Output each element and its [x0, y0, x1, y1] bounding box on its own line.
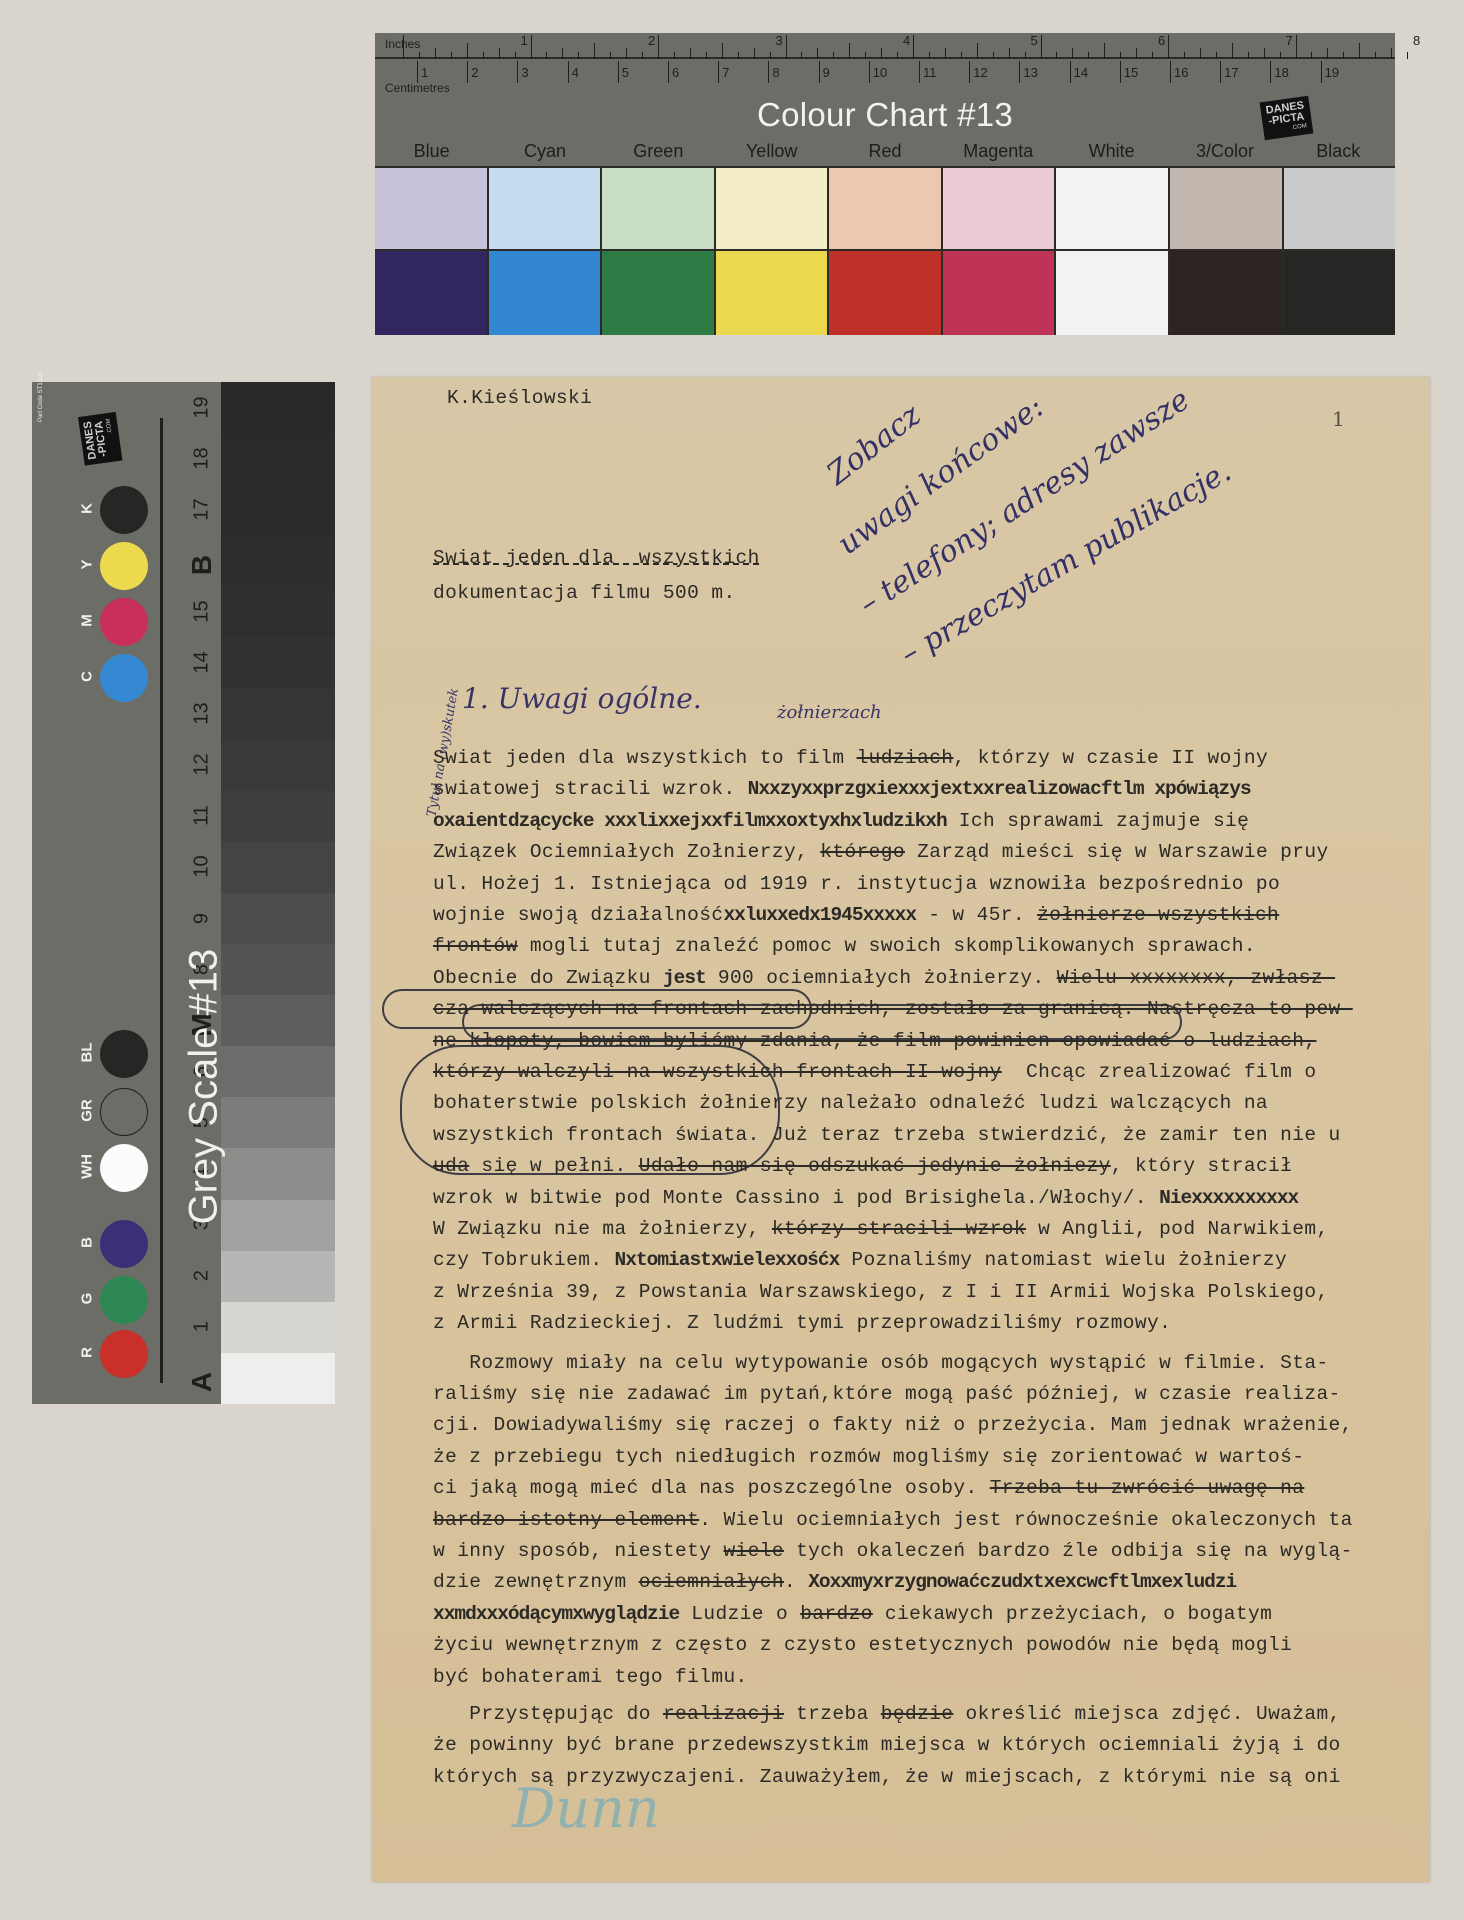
- inch-tick: [467, 43, 468, 59]
- inch-tick: [1041, 35, 1042, 59]
- struck-text: którzy walczyli na wszystkich frontach I…: [433, 1061, 1002, 1083]
- typed-text: Ludzie o: [679, 1603, 800, 1625]
- document-line: wojnie swoją działalnośćxxluxxedx1945xxx…: [433, 904, 1279, 926]
- inch-tick: [610, 52, 611, 59]
- inch-tick: [961, 52, 962, 59]
- grey-step: [221, 995, 335, 1046]
- swatch-light: [489, 168, 601, 251]
- inch-tick: [403, 35, 404, 59]
- inch-tick: [1264, 48, 1265, 59]
- inch-tick: [1088, 52, 1089, 59]
- grey-step: [221, 740, 335, 791]
- document-line: xxmdxxxódącymxwyglądzie Ludzie o bardzo …: [433, 1603, 1272, 1625]
- grey-step: [221, 586, 335, 637]
- inch-tick: [833, 52, 834, 59]
- cm-mark: 8: [772, 65, 779, 80]
- swatch-light: [1170, 168, 1282, 251]
- author: K.Kieślowski: [447, 387, 592, 409]
- dot-r: [100, 1330, 148, 1378]
- document-line: czy Tobrukiem. Nxtomiastxwielexxośćx Poz…: [433, 1249, 1287, 1271]
- document-subtitle: dokumentacja filmu 500 m.: [433, 582, 736, 604]
- cm-tick: [618, 61, 619, 83]
- grey-step: [221, 1200, 335, 1251]
- struck-text: będzie: [881, 1703, 954, 1725]
- centimetres-label: Centimetres: [385, 81, 450, 95]
- typed-text: w inny sposób, niestety: [433, 1540, 723, 1562]
- typed-text: Chcąc zrealizować film o: [1002, 1061, 1317, 1083]
- inch-tick: [674, 52, 675, 59]
- typed-text: Swiat jeden dla wszystkich to film: [433, 747, 857, 769]
- typed-text: .: [784, 1571, 808, 1593]
- swatch-labels: BlueCyanGreenYellowRedMagentaWhite3/Colo…: [375, 136, 1395, 166]
- swatch-3-color: [1170, 168, 1284, 335]
- document-line: Obecnie do Związku jest 900 ociemniałych…: [433, 967, 1335, 989]
- document-line: dzie zewnętrznym ociemniałych. Xoxxmyxrz…: [433, 1571, 1236, 1593]
- inch-tick: [1104, 43, 1105, 59]
- dot-y: [100, 542, 148, 590]
- cm-mark: 4: [572, 65, 579, 80]
- inch-mark: 6: [1158, 33, 1165, 48]
- inch-tick: [546, 52, 547, 59]
- struck-text: realizacji: [663, 1703, 784, 1725]
- cm-mark: 14: [1074, 65, 1088, 80]
- swatch-light: [602, 168, 714, 251]
- swatch-light: [829, 168, 941, 251]
- cm-mark: 1: [421, 65, 428, 80]
- grey-step-label: 11: [191, 796, 214, 836]
- grey-step: [221, 1353, 335, 1404]
- inch-tick: [483, 52, 484, 59]
- typed-xout: xxmdxxxódącymxwyglądzie: [433, 1603, 679, 1625]
- inch-tick: [515, 52, 516, 59]
- document-line: z Września 39, z Powstania Warszawskiego…: [433, 1281, 1329, 1303]
- grey-scale-title: Grey Scale #13: [182, 985, 227, 1225]
- inch-ruler-row: [375, 33, 1395, 59]
- struck-text: Udało nam się odszukać jedynie żołniezy: [639, 1155, 1111, 1177]
- dot-bl: [100, 1030, 148, 1078]
- dot-label: BL: [79, 1038, 96, 1068]
- struck-text: ludziach: [857, 747, 954, 769]
- cm-mark: 15: [1124, 65, 1138, 80]
- typed-text: dzie zewnętrznym: [433, 1571, 639, 1593]
- inch-mark: 5: [1031, 33, 1038, 48]
- swatch-white: [1056, 168, 1170, 335]
- grey-step-label: A: [186, 1362, 218, 1402]
- document-line: że powinny być brane przedewszystkim mie…: [433, 1734, 1341, 1756]
- swatch-black: [1284, 168, 1396, 335]
- swatch-label: Red: [828, 136, 941, 166]
- inch-tick: [642, 52, 643, 59]
- dot-label: WH: [79, 1152, 96, 1182]
- typed-text: trzeba: [784, 1703, 881, 1725]
- struck-text: cza walczących na frontach zachodnich, z…: [433, 998, 1353, 1020]
- dot-label: G: [79, 1284, 96, 1314]
- swatch-grid: [375, 166, 1395, 335]
- blue-signature: Dunn: [512, 1777, 660, 1840]
- inch-tick: [1391, 48, 1392, 59]
- document-line: z Armii Radzieckiej. Z ludźmi tymi przep…: [433, 1312, 1171, 1334]
- typed-xout: Xoxxmyxrzygnowaćczudxtxexcwcftlmxexludzi: [808, 1571, 1236, 1593]
- struck-text: uda: [433, 1155, 469, 1177]
- cm-tick: [869, 61, 870, 83]
- typed-text: , który stracił: [1111, 1155, 1293, 1177]
- typed-text: swiatowej stracili wzrok.: [433, 778, 748, 800]
- grey-step: [221, 1046, 335, 1097]
- cm-mark: 17: [1224, 65, 1238, 80]
- inch-tick: [1056, 52, 1057, 59]
- inch-tick: [1216, 52, 1217, 59]
- struck-text: bardzo: [800, 1603, 873, 1625]
- cm-mark: 7: [722, 65, 729, 80]
- cm-mark: 19: [1325, 65, 1339, 80]
- cm-mark: 12: [973, 65, 987, 80]
- grey-step-label: 12: [191, 745, 214, 785]
- struck-text: żołnierze wszystkich: [1037, 904, 1279, 926]
- typed-text: wzrok w bitwie pod Monte Cassino i pod B…: [433, 1187, 1159, 1209]
- document-line: bardzo istotny element. Wielu ociemniały…: [433, 1509, 1353, 1531]
- typed-xout: Niexxxxxxxxxx: [1159, 1187, 1298, 1209]
- document-line: cji. Dowiadywaliśmy się raczej o fakty n…: [433, 1414, 1353, 1436]
- typed-document-page: 1 K.Kieślowski Swiat jeden dla wszystkic…: [372, 377, 1430, 1882]
- swatch-green: [602, 168, 716, 335]
- struck-text: ne kłopoty, bowiem byliśmy zdania, że fi…: [433, 1030, 1316, 1052]
- grey-step-label: 14: [191, 643, 214, 683]
- document-line: w inny sposób, niestety wiele tych okale…: [433, 1540, 1353, 1562]
- inch-tick: [419, 52, 420, 59]
- inch-tick: [594, 43, 595, 59]
- swatch-magenta: [943, 168, 1057, 335]
- grey-step-label: 19: [191, 387, 214, 427]
- typed-text: z Września 39, z Powstania Warszawskiego…: [433, 1281, 1329, 1303]
- handwritten-note: Zobacz uwagi końcowe: – telefony; adresy…: [822, 397, 1242, 637]
- swatch-blue: [375, 168, 489, 335]
- cm-tick: [1220, 61, 1221, 83]
- document-line: ci jaką mogą mieć dla nas poszczególne o…: [433, 1477, 1304, 1499]
- typed-text: być bohaterami tego filmu.: [433, 1666, 748, 1688]
- struck-text: bardzo istotny element: [433, 1509, 699, 1531]
- cm-mark: 2: [471, 65, 478, 80]
- swatch-dark: [602, 251, 714, 335]
- document-title: Swiat jeden dla wszystkich: [433, 547, 760, 569]
- document-line: Rozmowy miały na celu wytypowanie osób m…: [433, 1352, 1329, 1374]
- grey-step: [221, 1302, 335, 1353]
- grey-step: [221, 791, 335, 842]
- swatch-dark: [1284, 251, 1396, 335]
- swatch-light: [1284, 168, 1396, 251]
- inch-tick: [531, 35, 532, 59]
- dot-c: [100, 654, 148, 702]
- colour-chart: Inches Centimetres 123456781234567891011…: [375, 33, 1395, 335]
- inch-tick: [1407, 52, 1408, 59]
- typed-text: się w pełni.: [469, 1155, 638, 1177]
- cm-tick: [517, 61, 518, 83]
- inch-tick: [945, 48, 946, 59]
- typed-text: ciekawych przeżyciach, o bogatym: [873, 1603, 1272, 1625]
- grey-step: [221, 944, 335, 995]
- inch-tick: [1311, 52, 1312, 59]
- inch-tick: [801, 52, 802, 59]
- grey-step: [221, 689, 335, 740]
- document-line: którzy walczyli na wszystkich frontach I…: [433, 1061, 1316, 1083]
- document-line: frontów mogli tutaj znaleźć pomoc w swoi…: [433, 935, 1256, 957]
- grey-step: [221, 637, 335, 688]
- inch-tick: [1120, 52, 1121, 59]
- inch-tick: [1280, 52, 1281, 59]
- swatch-dark: [829, 251, 941, 335]
- grey-step-label: 10: [191, 847, 214, 887]
- inch-tick: [1009, 48, 1010, 59]
- dot-label: C: [79, 662, 96, 692]
- swatch-light: [716, 168, 828, 251]
- cm-tick: [467, 61, 468, 83]
- inch-tick: [817, 48, 818, 59]
- typed-text: 900 ociemniałych żołnierzy.: [706, 967, 1057, 989]
- inch-tick: [1200, 48, 1201, 59]
- swatch-label: Magenta: [942, 136, 1055, 166]
- grey-step-label: 1: [191, 1307, 214, 1347]
- document-line: oxaientdzącycke xxxlixxejxxfilmxxoxtyxhx…: [433, 810, 1249, 832]
- inch-tick: [865, 52, 866, 59]
- cm-tick: [1070, 61, 1071, 83]
- document-line: Związek Ociemniałych Zołnierzy, którego …: [433, 841, 1329, 863]
- colour-chart-title: Colour Chart #13: [375, 96, 1395, 134]
- typed-text: życiu wewnętrznym z często z czysto este…: [433, 1634, 1292, 1656]
- inch-tick: [1232, 43, 1233, 59]
- grey-step-label: 18: [191, 438, 214, 478]
- grey-step: [221, 1148, 335, 1199]
- typed-xout: Nxtomiastxwielexxośćx: [615, 1249, 840, 1271]
- cm-mark: 6: [672, 65, 679, 80]
- inch-tick: [658, 35, 659, 59]
- cm-tick: [1120, 61, 1121, 83]
- typed-text: cji. Dowiadywaliśmy się raczej o fakty n…: [433, 1414, 1353, 1436]
- grey-step: [221, 1251, 335, 1302]
- dot-label: B: [79, 1228, 96, 1258]
- document-line: Przystępując do realizacji trzeba będzie…: [433, 1703, 1341, 1725]
- inch-mark: 3: [776, 33, 783, 48]
- divider-line: [160, 418, 163, 1383]
- document-line: ul. Hożej 1. Istniejąca od 1919 r. insty…: [433, 873, 1280, 895]
- swatch-dark: [489, 251, 601, 335]
- typed-xout: jest: [663, 967, 706, 989]
- typed-xout: oxaientdzącycke xxxlixxejxxfilmxxoxtyxhx…: [433, 810, 947, 832]
- typed-text: mogli tutaj znaleźć pomoc w swoich skomp…: [518, 935, 1256, 957]
- swatch-red: [829, 168, 943, 335]
- dot-label: R: [79, 1338, 96, 1368]
- cm-tick: [768, 61, 769, 83]
- struck-text: frontów: [433, 935, 518, 957]
- cm-tick: [1019, 61, 1020, 83]
- inch-tick: [738, 52, 739, 59]
- grey-step-label: 15: [191, 591, 214, 631]
- inch-tick: [706, 52, 707, 59]
- grey-step-label: 2: [191, 1256, 214, 1296]
- inch-tick: [754, 48, 755, 59]
- swatch-label: Blue: [375, 136, 488, 166]
- grey-steps: [221, 382, 335, 1404]
- cm-tick: [1321, 61, 1322, 83]
- typed-text: że powinny być brane przedewszystkim mie…: [433, 1734, 1341, 1756]
- dot-gr: [100, 1088, 148, 1136]
- cm-mark: 16: [1174, 65, 1188, 80]
- inch-tick: [1184, 52, 1185, 59]
- dot-label: M: [79, 606, 96, 636]
- typed-text: w Anglii, pod Narwikiem,: [1026, 1218, 1329, 1240]
- inch-tick: [1025, 52, 1026, 59]
- cm-tick: [668, 61, 669, 83]
- inch-tick: [1327, 48, 1328, 59]
- inch-tick: [1168, 35, 1169, 59]
- cm-mark: 18: [1274, 65, 1288, 80]
- inch-tick: [1152, 52, 1153, 59]
- inch-tick: [578, 52, 579, 59]
- typed-text: Poznaliśmy natomiast wielu żołnierzy: [839, 1249, 1287, 1271]
- typed-text: wszystkich frontach świata. Już teraz tr…: [433, 1124, 1341, 1146]
- inch-mark: 2: [648, 33, 655, 48]
- inch-tick: [626, 48, 627, 59]
- grey-step-label: 13: [191, 694, 214, 734]
- swatch-dark: [1056, 251, 1168, 335]
- danes-picta-logo: DANES -PICTA .COM: [78, 412, 122, 465]
- document-line: ne kłopoty, bowiem byliśmy zdania, że fi…: [433, 1030, 1316, 1052]
- typed-text: , którzy w czasie II wojny: [953, 747, 1268, 769]
- struck-text: którzy stracili wzrok: [772, 1218, 1026, 1240]
- inch-tick: [722, 43, 723, 59]
- typed-text: . Wielu ociemniałych jest równocześnie o…: [699, 1509, 1353, 1531]
- swatch-cyan: [489, 168, 603, 335]
- cm-mark: 10: [873, 65, 887, 80]
- cm-mark: 13: [1023, 65, 1037, 80]
- cm-tick: [1170, 61, 1171, 83]
- document-line: bohaterstwie polskich żołnierzy należało…: [433, 1092, 1268, 1114]
- inch-tick: [435, 48, 436, 59]
- document-line: raliśmy się nie zadawać im pytań,które m…: [433, 1383, 1341, 1405]
- inch-tick: [786, 35, 787, 59]
- inch-tick: [1375, 52, 1376, 59]
- struck-text: Trzeba tu zwrócić uwagę na: [990, 1477, 1305, 1499]
- dot-k: [100, 486, 148, 534]
- struck-text: ociemniałych: [639, 1571, 784, 1593]
- swatch-label: Green: [602, 136, 715, 166]
- inch-mark: 4: [903, 33, 910, 48]
- swatch-dark: [375, 251, 487, 335]
- cm-tick: [969, 61, 970, 83]
- typed-xout: Nxxzyxxprzgxiexxxjextxxrealizowacftlm xp…: [748, 778, 1251, 800]
- inch-tick: [451, 52, 452, 59]
- typed-xout: xxluxxedx1945xxxxx: [723, 904, 916, 926]
- inch-tick: [897, 52, 898, 59]
- grey-step: [221, 382, 335, 433]
- swatch-light: [375, 168, 487, 251]
- document-line: W Związku nie ma żołnierzy, którzy strac…: [433, 1218, 1329, 1240]
- grey-step: [221, 535, 335, 586]
- dot-g: [100, 1276, 148, 1324]
- typed-text: Przystępując do: [433, 1703, 663, 1725]
- typed-text: czy Tobrukiem.: [433, 1249, 615, 1271]
- swatch-yellow: [716, 168, 830, 335]
- cm-tick: [819, 61, 820, 83]
- inch-mark: 1: [521, 33, 528, 48]
- inch-tick: [913, 35, 914, 59]
- cm-tick: [718, 61, 719, 83]
- document-line: uda się w pełni. Udało nam się odszukać …: [433, 1155, 1292, 1177]
- dot-label: GR: [79, 1096, 96, 1126]
- inch-tick: [993, 52, 994, 59]
- document-line: swiatowej stracili wzrok. Nxxzyxxprzgxie…: [433, 778, 1251, 800]
- inch-tick: [1136, 48, 1137, 59]
- swatch-dark: [1170, 251, 1282, 335]
- typed-text: bohaterstwie polskich żołnierzy należało…: [433, 1092, 1268, 1114]
- inch-tick: [1359, 43, 1360, 59]
- struck-text: Wielu xxxxxxxx, zwłasz-: [1057, 967, 1335, 989]
- typed-text: że z przebiegu tych niedługich rozmów mo…: [433, 1446, 1304, 1468]
- struck-text: którego: [820, 841, 905, 863]
- typed-text: Obecnie do Związku: [433, 967, 663, 989]
- inch-tick: [977, 43, 978, 59]
- swatch-light: [1056, 168, 1168, 251]
- inch-mark: 7: [1286, 33, 1293, 48]
- swatch-label: Black: [1282, 136, 1395, 166]
- typed-text: W Związku nie ma żołnierzy,: [433, 1218, 772, 1240]
- typed-text: tych okaleczeń bardzo źle odbija się na …: [784, 1540, 1353, 1562]
- dot-m: [100, 598, 148, 646]
- inch-mark: 8: [1413, 33, 1420, 48]
- inch-tick: [1343, 52, 1344, 59]
- dot-label: K: [79, 494, 96, 524]
- dot-label: Y: [79, 550, 96, 580]
- part-code: Part Code ST1316: [38, 372, 44, 422]
- inch-tick: [1072, 48, 1073, 59]
- document-line: Swiat jeden dla wszystkich to film ludzi…: [433, 747, 1268, 769]
- inch-tick: [562, 48, 563, 59]
- typed-text: wojnie swoją działalność: [433, 904, 723, 926]
- inch-tick: [770, 52, 771, 59]
- swatch-dark: [943, 251, 1055, 335]
- inch-tick: [1248, 52, 1249, 59]
- struck-text: wiele: [723, 1540, 784, 1562]
- cm-mark: 11: [923, 65, 937, 80]
- typed-text: określić miejsca zdjęć. Uważam,: [953, 1703, 1340, 1725]
- document-line: wzrok w bitwie pod Monte Cassino i pod B…: [433, 1187, 1298, 1209]
- cm-tick: [417, 61, 418, 83]
- typed-text: Zarząd mieści się w Warszawie pruy: [905, 841, 1329, 863]
- grey-step: [221, 893, 335, 944]
- document-line: cza walczących na frontach zachodnich, z…: [433, 998, 1353, 1020]
- cm-mark: 3: [521, 65, 528, 80]
- swatch-light: [943, 168, 1055, 251]
- swatch-label: Cyan: [488, 136, 601, 166]
- typed-text: Ich sprawami zajmuje się: [947, 810, 1250, 832]
- cm-tick: [1270, 61, 1271, 83]
- cm-tick: [919, 61, 920, 83]
- dot-wh: [100, 1144, 148, 1192]
- grey-step-label: B: [186, 545, 218, 585]
- document-line: wszystkich frontach świata. Już teraz tr…: [433, 1124, 1341, 1146]
- grey-step-label: 17: [191, 489, 214, 529]
- grey-step: [221, 842, 335, 893]
- grey-step: [221, 484, 335, 535]
- document-line: życiu wewnętrznym z często z czysto este…: [433, 1634, 1292, 1656]
- swatch-dark: [716, 251, 828, 335]
- inch-tick: [849, 43, 850, 59]
- grey-step: [221, 433, 335, 484]
- typed-text: ci jaką mogą mieć dla nas poszczególne o…: [433, 1477, 990, 1499]
- grey-step: [221, 1097, 335, 1148]
- typed-text: ul. Hożej 1. Istniejąca od 1919 r. insty…: [433, 873, 1280, 895]
- typed-text: - w 45r.: [916, 904, 1037, 926]
- document-line: że z przebiegu tych niedługich rozmów mo…: [433, 1446, 1304, 1468]
- swatch-label: Yellow: [715, 136, 828, 166]
